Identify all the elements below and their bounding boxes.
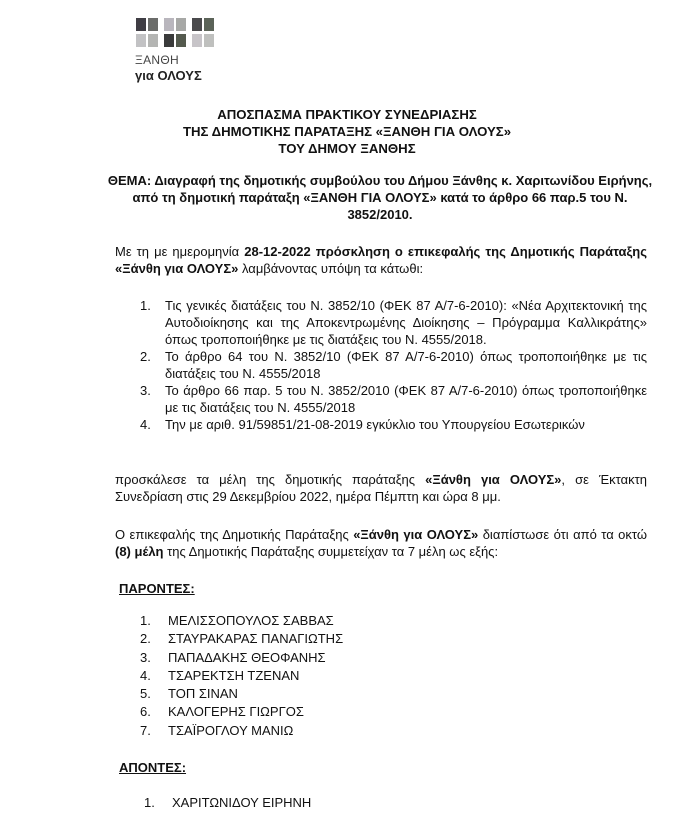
reference-number: 1. — [140, 297, 151, 314]
logo-square — [148, 18, 158, 31]
logo-square — [176, 34, 186, 47]
logo-square — [192, 34, 202, 47]
member-name: ΤΣΑΪΡΟΓΛΟΥ ΜΑΝΙΩ — [168, 723, 293, 738]
logo-square — [164, 34, 174, 47]
logo-square — [176, 18, 186, 31]
member-name: ΧΑΡΙΤΩΝΙΔΟΥ ΕΙΡΗΝΗ — [172, 795, 311, 810]
member-name: ΤΣΑΡΕΚΤΣΗ ΤΖΕΝΑΝ — [168, 668, 299, 683]
logo-square — [136, 34, 146, 47]
member-item: 6.ΚΑΛΟΓΕΡΗΣ ΓΙΩΡΓΟΣ — [140, 703, 343, 721]
attendance-bold-count: (8) μέλη — [115, 544, 164, 559]
reference-number: 3. — [140, 382, 151, 399]
references-list: 1.Τις γενικές διατάξεις του Ν. 3852/10 (… — [140, 297, 647, 433]
logo-text-city: ΞΑΝΘΗ — [135, 53, 240, 67]
invitation-text: προσκάλεσε τα μέλη της δημοτικής παράταξ… — [115, 472, 425, 487]
reference-item: 3.Το άρθρο 66 παρ. 5 του Ν. 3852/2010 (Φ… — [140, 382, 647, 416]
invitation-paragraph: προσκάλεσε τα μέλη της δημοτικής παράταξ… — [115, 471, 647, 505]
subject-line: ΘΕΜΑ: Διαγραφή της δημοτικής συμβούλου τ… — [100, 172, 660, 223]
party-logo: ΞΑΝΘΗ για ΟΛΟΥΣ — [120, 18, 240, 83]
logo-squares-icon — [136, 18, 240, 47]
member-item: 2.ΣΤΑΥΡΑΚΑΡΑΣ ΠΑΝΑΓΙΩΤΗΣ — [140, 630, 343, 648]
reference-text: Τις γενικές διατάξεις του Ν. 3852/10 (ΦΕ… — [165, 298, 647, 347]
invitation-bold: «Ξάνθη για ΟΛΟΥΣ» — [425, 472, 561, 487]
member-number: 6. — [140, 703, 151, 721]
reference-item: 1.Τις γενικές διατάξεις του Ν. 3852/10 (… — [140, 297, 647, 348]
reference-text: Το άρθρο 66 παρ. 5 του Ν. 3852/2010 (ΦΕΚ… — [165, 383, 647, 415]
member-item: 4.ΤΣΑΡΕΚΤΣΗ ΤΖΕΝΑΝ — [140, 667, 343, 685]
member-name: ΤΟΠ ΣΙΝΑΝ — [168, 686, 238, 701]
heading-line-2: ΤΗΣ ΔΗΜΟΤΙΚΗΣ ΠΑΡΑΤΑΞΗΣ «ΞΑΝΘΗ ΓΙΑ ΟΛΟΥΣ… — [0, 123, 694, 140]
reference-item: 4.Την με αριθ. 91/59851/21-08-2019 εγκύκ… — [140, 416, 647, 433]
member-number: 4. — [140, 667, 151, 685]
member-item: 1.ΧΑΡΙΤΩΝΙΔΟΥ ΕΙΡΗΝΗ — [144, 794, 311, 812]
intro-paragraph: Με τη με ημερομηνία 28-12-2022 πρόσκληση… — [115, 243, 647, 277]
present-heading: ΠΑΡΟΝΤΕΣ: — [119, 581, 195, 596]
present-members-list: 1.ΜΕΛΙΣΣΟΠΟΥΛΟΣ ΣΑΒΒΑΣ 2.ΣΤΑΥΡΑΚΑΡΑΣ ΠΑΝ… — [140, 612, 343, 740]
attendance-paragraph: Ο επικεφαλής της Δημοτικής Παράταξης «Ξά… — [115, 526, 647, 560]
member-number: 1. — [140, 612, 151, 630]
member-number: 2. — [140, 630, 151, 648]
logo-text-slogan: για ΟΛΟΥΣ — [135, 68, 240, 83]
member-item: 7.ΤΣΑΪΡΟΓΛΟΥ ΜΑΝΙΩ — [140, 722, 343, 740]
intro-text: Με τη με ημερομηνία — [115, 244, 244, 259]
member-name: ΠΑΠΑΔΑΚΗΣ ΘΕΟΦΑΝΗΣ — [168, 650, 326, 665]
member-name: ΜΕΛΙΣΣΟΠΟΥΛΟΣ ΣΑΒΒΑΣ — [168, 613, 334, 628]
reference-text: Την με αριθ. 91/59851/21-08-2019 εγκύκλι… — [165, 417, 585, 432]
absent-members-list: 1.ΧΑΡΙΤΩΝΙΔΟΥ ΕΙΡΗΝΗ — [144, 794, 311, 812]
member-number: 7. — [140, 722, 151, 740]
logo-square — [148, 34, 158, 47]
member-number: 3. — [140, 649, 151, 667]
attendance-text-end: της Δημοτικής Παράταξης συμμετείχαν τα 7… — [164, 544, 499, 559]
logo-square — [192, 18, 202, 31]
reference-item: 2.Το άρθρο 64 του Ν. 3852/10 (ΦΕΚ 87 Α/7… — [140, 348, 647, 382]
attendance-text: Ο επικεφαλής της Δημοτικής Παράταξης — [115, 527, 353, 542]
member-number: 1. — [144, 794, 155, 812]
logo-square — [204, 18, 214, 31]
heading-line-3: ΤΟΥ ΔΗΜΟΥ ΞΑΝΘΗΣ — [0, 140, 694, 157]
logo-square — [204, 34, 214, 47]
reference-number: 2. — [140, 348, 151, 365]
member-item: 5.ΤΟΠ ΣΙΝΑΝ — [140, 685, 343, 703]
member-name: ΚΑΛΟΓΕΡΗΣ ΓΙΩΡΓΟΣ — [168, 704, 304, 719]
member-item: 3.ΠΑΠΑΔΑΚΗΣ ΘΕΟΦΑΝΗΣ — [140, 649, 343, 667]
reference-number: 4. — [140, 416, 151, 433]
absent-heading: ΑΠΟΝΤΕΣ: — [119, 760, 186, 775]
document-heading: ΑΠΟΣΠΑΣΜΑ ΠΡΑΚΤΙΚΟΥ ΣΥΝΕΔΡΙΑΣΗΣ ΤΗΣ ΔΗΜΟ… — [0, 106, 694, 157]
heading-line-1: ΑΠΟΣΠΑΣΜΑ ΠΡΑΚΤΙΚΟΥ ΣΥΝΕΔΡΙΑΣΗΣ — [0, 106, 694, 123]
logo-square — [136, 18, 146, 31]
reference-text: Το άρθρο 64 του Ν. 3852/10 (ΦΕΚ 87 Α/7-6… — [165, 349, 647, 381]
logo-square — [164, 18, 174, 31]
attendance-text-mid: διαπίστωσε ότι από τα οκτώ — [478, 527, 647, 542]
member-item: 1.ΜΕΛΙΣΣΟΠΟΥΛΟΣ ΣΑΒΒΑΣ — [140, 612, 343, 630]
intro-text-end: λαμβάνοντας υπόψη τα κάτωθι: — [238, 261, 423, 276]
member-number: 5. — [140, 685, 151, 703]
attendance-bold: «Ξάνθη για ΟΛΟΥΣ» — [353, 527, 478, 542]
member-name: ΣΤΑΥΡΑΚΑΡΑΣ ΠΑΝΑΓΙΩΤΗΣ — [168, 631, 343, 646]
